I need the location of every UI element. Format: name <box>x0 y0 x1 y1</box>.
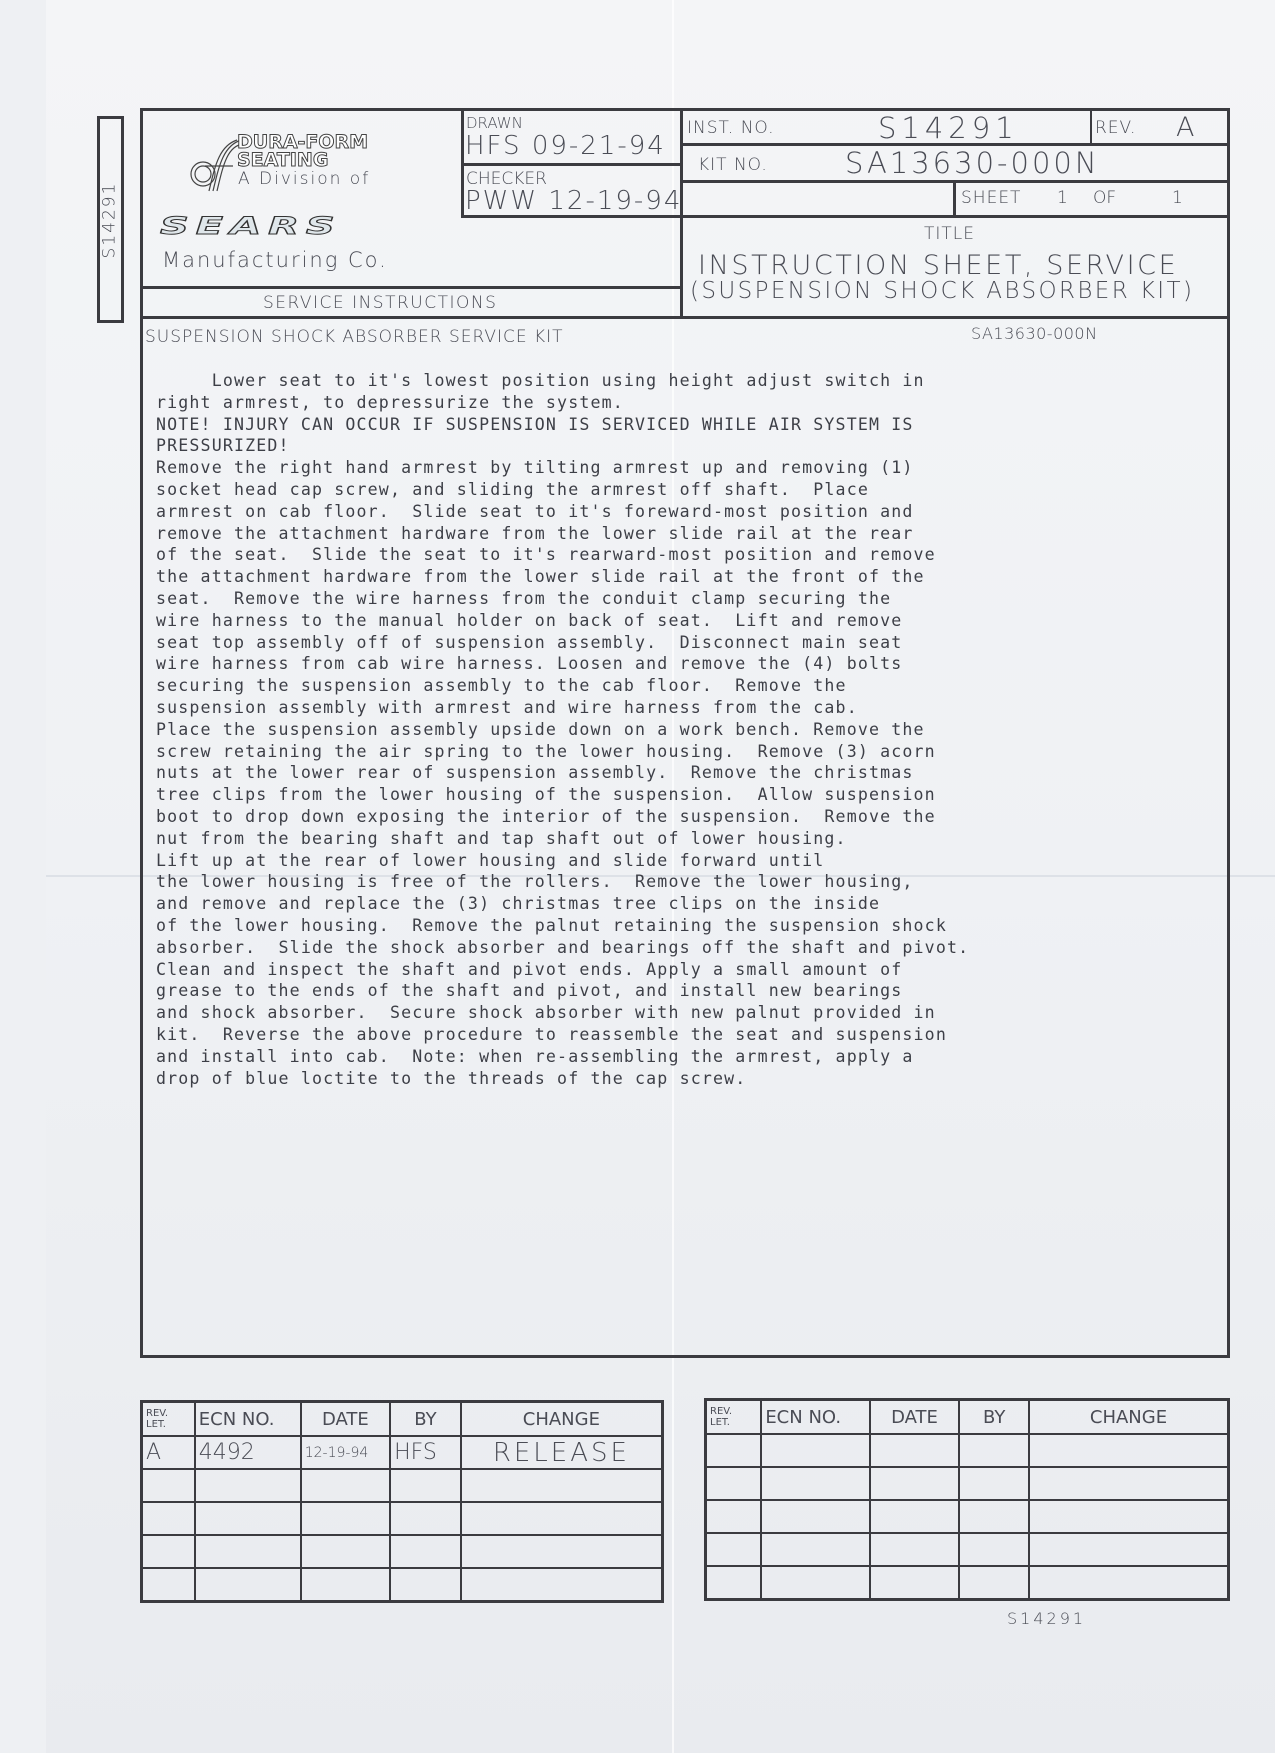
titleblock-divider <box>140 316 1230 319</box>
body-line: remove the attachment hardware from the … <box>156 523 969 545</box>
body-line: wire harness to the manual holder on bac… <box>156 610 969 632</box>
revision-cell <box>461 1469 663 1502</box>
title-label: TITLE <box>924 226 975 243</box>
section-label: SERVICE INSTRUCTIONS <box>263 295 497 312</box>
revision-cell <box>959 1467 1029 1500</box>
sheet-of-label: OF <box>1093 190 1116 207</box>
revision-cell <box>870 1467 960 1500</box>
sears-logo: SEARS <box>160 214 342 238</box>
body-line: screw retaining the air spring to the lo… <box>156 741 969 763</box>
rev-label: REV. <box>1095 120 1136 137</box>
body-line: tree clips from the lower housing of the… <box>156 784 969 806</box>
revision-row <box>706 1434 1229 1467</box>
body-line: Place the suspension assembly upside dow… <box>156 719 969 741</box>
revision-row: A449212-19-94HFSRELEASE <box>142 1436 663 1469</box>
revision-row <box>142 1502 663 1535</box>
body-line: and install into cab. Note: when re-asse… <box>156 1046 969 1068</box>
revision-cell <box>1029 1434 1229 1467</box>
body-line: Clean and inspect the shaft and pivot en… <box>156 959 969 981</box>
body-line: boot to drop down exposing the interior … <box>156 806 969 828</box>
revision-cell <box>142 1469 195 1502</box>
revision-cell: 12-19-94 <box>301 1436 390 1469</box>
body-line: socket head cap screw, and sliding the a… <box>156 479 969 501</box>
body-line: of the seat. Slide the seat to it's rear… <box>156 544 969 566</box>
revision-cell: HFS <box>390 1436 461 1469</box>
revision-cell <box>761 1500 869 1533</box>
body-line: Lower seat to it's lowest position using… <box>156 370 969 392</box>
revision-row <box>706 1566 1229 1600</box>
sheet-label: SHEET <box>961 190 1021 207</box>
drawn-value: HFS 09-21-94 <box>465 133 666 159</box>
revision-header-cell: REV.LET. <box>142 1402 195 1437</box>
revision-cell <box>870 1500 960 1533</box>
sheet-current: 1 <box>1057 190 1068 207</box>
revision-cell <box>301 1535 390 1568</box>
body-line: and shock absorber. Secure shock absorbe… <box>156 1002 969 1024</box>
revision-cell: 4492 <box>195 1436 301 1469</box>
revision-header-cell: CHANGE <box>461 1402 663 1437</box>
revision-cell <box>1029 1467 1229 1500</box>
revision-cell <box>390 1568 461 1602</box>
drawn-label: DRAWN <box>466 116 523 131</box>
revision-cell <box>959 1434 1029 1467</box>
body-line: nut from the bearing shaft and tap shaft… <box>156 828 969 850</box>
inst-no-label: INST. NO. <box>687 120 775 137</box>
revision-cell <box>959 1533 1029 1566</box>
revision-header-cell: REV.LET. <box>706 1400 762 1435</box>
revision-cell <box>706 1566 762 1600</box>
body-line: armrest on cab floor. Slide seat to it's… <box>156 501 969 523</box>
brand-line2: SEATING <box>237 151 328 170</box>
title-line2: (SUSPENSION SHOCK ABSORBER KIT) <box>690 280 1194 303</box>
body-line: seat top assembly off of suspension asse… <box>156 632 969 654</box>
body-line: the attachment hardware from the lower s… <box>156 566 969 588</box>
revision-cell: RELEASE <box>461 1436 663 1469</box>
revision-cell <box>706 1533 762 1566</box>
division-text: A Division of <box>238 171 370 188</box>
revision-header-row: REV.LET.ECN NO.DATEBYCHANGE <box>706 1400 1229 1435</box>
revision-row <box>706 1533 1229 1566</box>
revision-cell <box>706 1434 762 1467</box>
body-line: right armrest, to depressurize the syste… <box>156 392 969 414</box>
body-line: Lift up at the rear of lower housing and… <box>156 850 969 872</box>
revision-cell <box>870 1566 960 1600</box>
body-line: securing the suspension assembly to the … <box>156 675 969 697</box>
body-line: and remove and replace the (3) christmas… <box>156 893 969 915</box>
body-line: the lower housing is free of the rollers… <box>156 871 969 893</box>
body-line: of the lower housing. Remove the palnut … <box>156 915 969 937</box>
revision-row <box>142 1535 663 1568</box>
revision-row <box>706 1500 1229 1533</box>
revision-cell <box>959 1566 1029 1600</box>
revision-cell <box>959 1500 1029 1533</box>
revision-cell <box>301 1469 390 1502</box>
rev-value: A <box>1176 114 1194 141</box>
titleblock-divider <box>953 180 956 217</box>
revision-cell <box>142 1535 195 1568</box>
title-line1: INSTRUCTION SHEET, SERVICE <box>698 252 1178 279</box>
revision-cell <box>195 1535 301 1568</box>
body-line: kit. Reverse the above procedure to reas… <box>156 1024 969 1046</box>
revision-cell <box>390 1535 461 1568</box>
revision-cell <box>761 1467 869 1500</box>
body-line: PRESSURIZED! <box>156 435 969 457</box>
body-line: NOTE! INJURY CAN OCCUR IF SUSPENSION IS … <box>156 414 969 436</box>
revision-cell <box>301 1568 390 1602</box>
titleblock-divider <box>1090 108 1092 145</box>
body-line: absorber. Slide the shock absorber and b… <box>156 937 969 959</box>
revision-header-cell: BY <box>959 1400 1029 1435</box>
revision-table-left: REV.LET.ECN NO.DATEBYCHANGEA449212-19-94… <box>140 1400 664 1603</box>
revision-header-cell: DATE <box>870 1400 960 1435</box>
revision-cell <box>195 1568 301 1602</box>
checker-value: PWW 12-19-94 <box>465 188 682 214</box>
revision-cell <box>390 1469 461 1502</box>
revision-row <box>142 1568 663 1602</box>
dura-form-swoosh-icon <box>183 136 243 196</box>
titleblock-divider <box>461 163 683 166</box>
revision-header-cell: DATE <box>301 1402 390 1437</box>
revision-header-cell: ECN NO. <box>761 1400 869 1435</box>
revision-cell <box>301 1502 390 1535</box>
inst-no-value: S14291 <box>878 114 1019 143</box>
revision-cell <box>461 1568 663 1602</box>
revision-cell <box>1029 1500 1229 1533</box>
footer-id: S14291 <box>1007 1611 1086 1627</box>
revision-cell <box>706 1467 762 1500</box>
kit-no-label: KIT NO. <box>698 157 768 174</box>
revision-cell <box>461 1535 663 1568</box>
revision-row <box>142 1469 663 1502</box>
body-line: drop of blue loctite to the threads of t… <box>156 1068 969 1090</box>
revision-cell <box>142 1568 195 1602</box>
revision-cell <box>761 1533 869 1566</box>
sheet-total: 1 <box>1172 190 1183 207</box>
body-line: wire harness from cab wire harness. Loos… <box>156 653 969 675</box>
revision-cell <box>761 1434 869 1467</box>
revision-cell <box>870 1434 960 1467</box>
manufacturing-co-text: Manufacturing Co. <box>162 250 388 271</box>
revision-header-cell: CHANGE <box>1029 1400 1229 1435</box>
body-line: Remove the right hand armrest by tilting… <box>156 457 969 479</box>
revision-header-row: REV.LET.ECN NO.DATEBYCHANGE <box>142 1402 663 1437</box>
revision-header-cell: ECN NO. <box>195 1402 301 1437</box>
heading-part-no: SA13630-000N <box>971 326 1098 342</box>
revision-row <box>706 1467 1229 1500</box>
revision-header-cell: BY <box>390 1402 461 1437</box>
revision-cell <box>1029 1566 1229 1600</box>
revision-cell <box>761 1566 869 1600</box>
revision-cell <box>195 1469 301 1502</box>
titleblock-divider <box>140 286 683 289</box>
revision-table-right: REV.LET.ECN NO.DATEBYCHANGE <box>704 1398 1230 1601</box>
revision-cell <box>870 1533 960 1566</box>
revision-cell <box>195 1502 301 1535</box>
revision-cell <box>461 1502 663 1535</box>
body-line: seat. Remove the wire harness from the c… <box>156 588 969 610</box>
body-line: suspension assembly with armrest and wir… <box>156 697 969 719</box>
revision-cell <box>1029 1533 1229 1566</box>
kit-no-value: SA13630-000N <box>845 149 1100 178</box>
body-line: nuts at the lower rear of suspension ass… <box>156 762 969 784</box>
instruction-body: Lower seat to it's lowest position using… <box>156 370 969 1089</box>
side-id: S14291 <box>102 182 119 259</box>
revision-cell <box>142 1502 195 1535</box>
body-heading: SUSPENSION SHOCK ABSORBER SERVICE KIT <box>145 329 564 346</box>
body-line: grease to the ends of the shaft and pivo… <box>156 980 969 1002</box>
revision-cell <box>390 1502 461 1535</box>
revision-cell: A <box>142 1436 195 1469</box>
revision-cell <box>706 1500 762 1533</box>
